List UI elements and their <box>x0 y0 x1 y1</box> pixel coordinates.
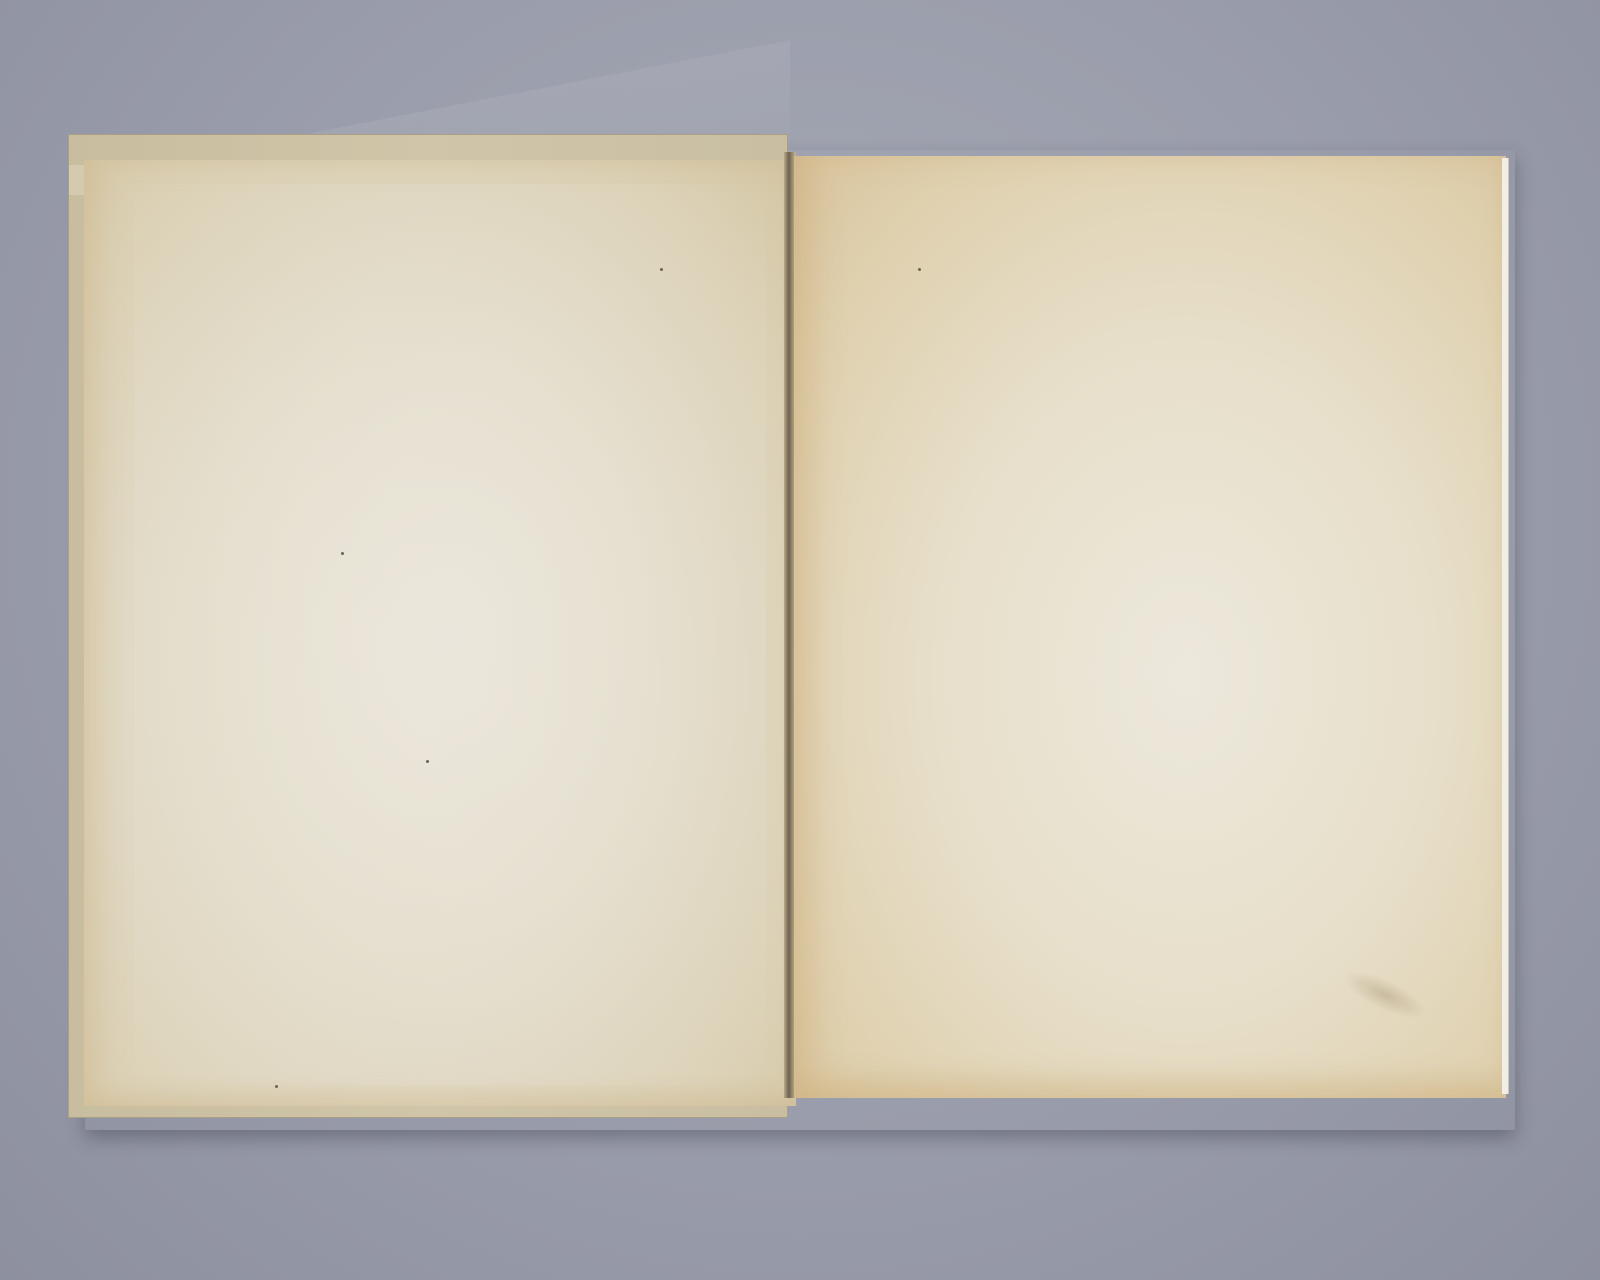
paper-speck <box>660 268 663 271</box>
left-endpaper-panel <box>134 184 766 1086</box>
paper-speck <box>341 552 344 555</box>
right-endpaper <box>794 156 1506 1098</box>
page-block-edge <box>1502 158 1509 1094</box>
paper-speck <box>275 1085 278 1088</box>
paper-speck <box>426 760 429 763</box>
paper-speck <box>918 268 921 271</box>
left-endpaper <box>84 160 796 1106</box>
